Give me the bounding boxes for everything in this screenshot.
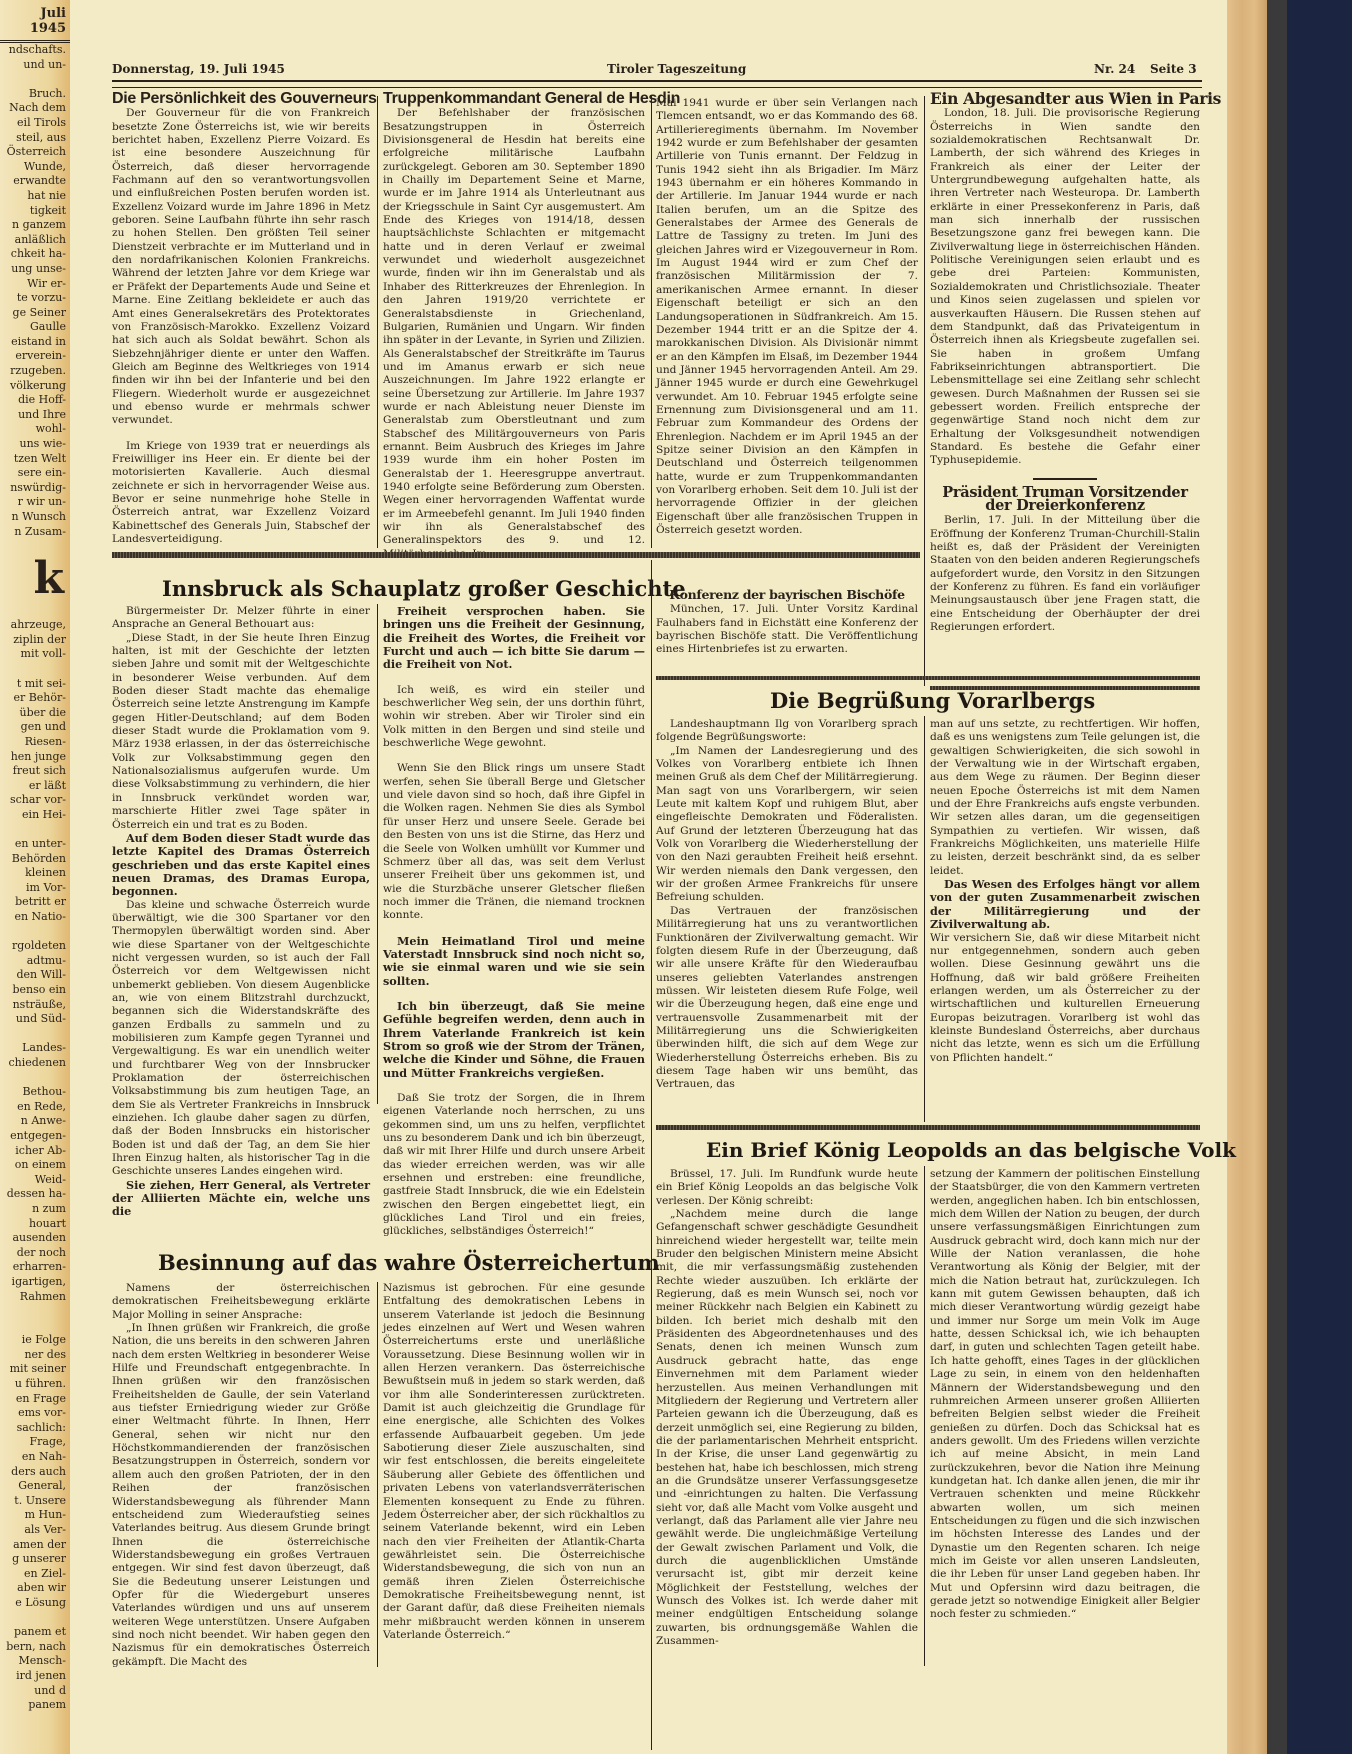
text-line	[0, 1319, 70, 1334]
paragraph: Freiheit versprochen haben. Sie bringen …	[383, 605, 645, 672]
text-line: n zum	[0, 1202, 70, 1217]
text-line: chkeit ha-	[0, 247, 70, 262]
text-line: e Lösung	[0, 1596, 70, 1611]
text-line: ems vor-	[0, 1406, 70, 1421]
section-rule	[656, 1125, 1200, 1130]
text-line: Rahmen	[0, 1290, 70, 1305]
article-innsbruck-col1: Bürgermeister Dr. Melzer führte in einer…	[112, 605, 370, 1219]
article-wien-paris: Ein Abgesandter aus Wien in Paris London…	[930, 92, 1200, 634]
text-line	[0, 925, 70, 940]
paragraph: Nazismus ist gebrochen. Für eine gesunde…	[383, 1282, 645, 1642]
text-line: Gaulle	[0, 320, 70, 335]
text-line: hat nie	[0, 189, 70, 204]
column-rule	[377, 1282, 378, 1667]
text-line: eistand in	[0, 335, 70, 350]
page-stack-edge	[1225, 0, 1267, 1754]
text-line: t mit sei-	[0, 677, 70, 692]
paragraph: Namens der österreichischen demokratisch…	[112, 1282, 370, 1322]
paragraph: Das Vertrauen der französischen Militärr…	[656, 905, 918, 1092]
paragraph: Das kleine und schwache Österreich wurde…	[112, 899, 370, 1179]
text-line: amen der	[0, 1538, 70, 1553]
article-vorarlberg-col1: Landeshauptmann Ilg von Vorarlberg sprac…	[656, 718, 918, 1092]
masthead: Donnerstag, 19. Juli 1945 Tiroler Tagesz…	[112, 62, 1202, 80]
paragraph: „Diese Stadt, in der Sie heute Ihren Ein…	[112, 632, 370, 832]
text-line: ge Seiner	[0, 306, 70, 321]
text-line: ziplin der	[0, 633, 70, 648]
column-rule	[924, 716, 925, 1122]
text-line: g unserer	[0, 1552, 70, 1567]
previous-page-headline-fragment: k	[0, 553, 70, 604]
text-line	[0, 1027, 70, 1042]
text-line: tigkeit	[0, 204, 70, 219]
article-hesdin-continued: Mai 1941 wurde er über sein Verlangen na…	[656, 97, 918, 537]
paragraph: Ich weiß, es wird ein steiler und beschw…	[383, 684, 645, 751]
text-line: icher Ab-	[0, 1144, 70, 1159]
text-line: ders auch	[0, 1465, 70, 1480]
headline-leopold: Ein Brief König Leopolds an das belgisch…	[706, 1138, 1236, 1162]
text-line: hen junge	[0, 750, 70, 765]
article-gouverneur: Die Persönlichkeit des Gouverneurs Der G…	[112, 92, 370, 546]
book-spine-hinge	[1265, 0, 1287, 1754]
paragraph: Wenn Sie den Blick rings um unsere Stadt…	[383, 762, 645, 922]
text-line: ahrzeuge,	[0, 618, 70, 633]
short-rule	[1033, 478, 1097, 480]
text-line: steil, aus	[0, 131, 70, 146]
paragraph: Brüssel, 17. Juli. Im Rundfunk wurde heu…	[656, 1168, 918, 1208]
paragraph: Landeshauptmann Ilg von Vorarlberg sprac…	[656, 718, 918, 745]
paragraph: man auf uns setzte, zu rechtfertigen. Wi…	[930, 718, 1200, 878]
text-line: Landes-	[0, 1041, 70, 1056]
headline-vorarlberg: Die Begrüßung Vorarlbergs	[770, 688, 1095, 713]
text-line: und Süd-	[0, 1012, 70, 1027]
text-line: wohl-	[0, 422, 70, 437]
text-line	[0, 823, 70, 838]
text-line: ndschafts.	[0, 43, 70, 58]
text-line: eil Tirols	[0, 116, 70, 131]
text-line: anläßlich	[0, 233, 70, 248]
article-title: der Dreierkonferenz	[930, 499, 1200, 512]
text-line: Mensch-	[0, 1654, 70, 1669]
paragraph: „Im Namen der Landesregierung und des Vo…	[656, 745, 918, 905]
text-line: aben wir	[0, 1581, 70, 1596]
issue-number: Nr. 24	[1094, 62, 1135, 76]
text-line: sere ein-	[0, 466, 70, 481]
paragraph: Daß Sie trotz der Sorgen, die in Ihrem e…	[383, 1092, 645, 1239]
text-line: und un-	[0, 58, 70, 73]
text-line: Frage,	[0, 1435, 70, 1450]
article-innsbruck-col2: Freiheit versprochen haben. Sie bringen …	[383, 605, 645, 1239]
text-line	[0, 1071, 70, 1086]
text-line: und Ihre	[0, 408, 70, 423]
text-line: en Rede,	[0, 1100, 70, 1115]
masthead-rule	[112, 80, 1202, 88]
article-oesterreichertum-col2: Nazismus ist gebrochen. Für eine gesunde…	[383, 1282, 645, 1642]
column-rule	[651, 560, 652, 1750]
text-line: panem	[0, 1698, 70, 1713]
text-line: kleinen	[0, 866, 70, 881]
text-line: als Ver-	[0, 1523, 70, 1538]
column-rule	[651, 96, 652, 548]
paragraph: Ich bin überzeugt, daß Sie meine Gefühle…	[383, 1000, 645, 1080]
paragraph: Bürgermeister Dr. Melzer führte in einer…	[112, 605, 370, 632]
previous-page-date: Juli 1945	[0, 6, 70, 43]
paragraph: „Nachdem meine durch die lange Gefangens…	[656, 1208, 918, 1648]
headline-innsbruck: Innsbruck als Schauplatz großer Geschich…	[162, 576, 686, 601]
text-line: nsträuße,	[0, 998, 70, 1013]
text-line: gen und	[0, 720, 70, 735]
text-line: n Wunsch	[0, 510, 70, 525]
text-line: ie Folge	[0, 1333, 70, 1348]
text-line: der noch	[0, 1246, 70, 1261]
text-line: und d	[0, 1684, 70, 1699]
text-line: freut sich	[0, 764, 70, 779]
text-line: betritt er	[0, 895, 70, 910]
text-line: sachlich:	[0, 1421, 70, 1436]
text-line: n Zusam-	[0, 525, 70, 540]
text-line: im Vor-	[0, 881, 70, 896]
text-line: erharren-	[0, 1260, 70, 1275]
text-line: Nach dem	[0, 101, 70, 116]
page-number: Seite 3	[1150, 62, 1197, 76]
text-line: Bethou-	[0, 1085, 70, 1100]
text-line: ung unse-	[0, 262, 70, 277]
paragraph: Mein Heimatland Tirol und meine Vatersta…	[383, 935, 645, 988]
text-line: mit voll-	[0, 647, 70, 662]
text-line: n Anwe-	[0, 1114, 70, 1129]
text-line: rzugeben.	[0, 364, 70, 379]
text-line: Wir er-	[0, 277, 70, 292]
article-bischoefe: Konferenz der bayrischen Bischöfe Münche…	[656, 588, 918, 657]
text-line: entgegen-	[0, 1129, 70, 1144]
paragraph: Wir versichern Sie, daß wir diese Mitarb…	[930, 932, 1200, 1065]
column-rule	[924, 1166, 925, 1666]
text-line: die Hoff-	[0, 393, 70, 408]
book-binding-cover	[1276, 0, 1352, 1754]
text-line: u führen.	[0, 1377, 70, 1392]
text-line	[0, 662, 70, 677]
text-line: m Hun-	[0, 1508, 70, 1523]
text-line: völkerung	[0, 379, 70, 394]
paragraph: Sie ziehen, Herr General, als Vertreter …	[112, 1179, 370, 1219]
previous-page-text-bottom: ahrzeuge,ziplin dermit voll- t mit sei-e…	[0, 618, 70, 1713]
article-vorarlberg-col2: man auf uns setzte, zu rechtfertigen. Wi…	[930, 718, 1200, 1065]
article-title: Die Persönlichkeit des Gouverneurs	[112, 92, 370, 105]
paragraph: Das Wesen des Erfolges hängt vor allem v…	[930, 878, 1200, 931]
text-line: dessen ha-	[0, 1187, 70, 1202]
text-line: benso ein	[0, 983, 70, 998]
text-line: r wir un-	[0, 495, 70, 510]
text-line	[0, 72, 70, 87]
paragraph: Im Kriege von 1939 trat er neuerdings al…	[112, 440, 370, 547]
text-line: uns wie-	[0, 437, 70, 452]
article-title: Ein Abgesandter aus Wien in Paris	[930, 92, 1200, 105]
paragraph: Berlin, 17. Juli. In der Mitteilung über…	[930, 514, 1200, 634]
article-leopold-col2: setzung der Kammern der politischen Eins…	[930, 1168, 1200, 1622]
text-line: en Natio-	[0, 910, 70, 925]
text-line: on einem	[0, 1158, 70, 1173]
text-line: igartigen,	[0, 1275, 70, 1290]
article-title: Konferenz der bayrischen Bischöfe	[656, 588, 918, 601]
text-line: n ganzem	[0, 218, 70, 233]
section-rule	[112, 552, 920, 558]
text-line: Behörden	[0, 852, 70, 867]
text-line: ausenden	[0, 1231, 70, 1246]
paragraph: Auf dem Boden dieser Stadt wurde das let…	[112, 832, 370, 899]
text-line: Österreich	[0, 145, 70, 160]
text-line: erverein-	[0, 349, 70, 364]
text-line: Wunde,	[0, 160, 70, 175]
headline-oesterreichertum: Besinnung auf das wahre Österreichertum	[158, 1250, 660, 1275]
text-line: en Nah-	[0, 1450, 70, 1465]
article-title: Truppenkommandant General de Hesdin	[383, 92, 645, 105]
text-line: ner des	[0, 1348, 70, 1363]
text-line: er Behör-	[0, 691, 70, 706]
text-line: houart	[0, 1217, 70, 1232]
column-rule	[377, 604, 378, 1104]
article-hesdin: Truppenkommandant General de Hesdin Der …	[383, 92, 645, 561]
text-line: en Frage	[0, 1392, 70, 1407]
text-line: en unter-	[0, 837, 70, 852]
text-line: bern, nach	[0, 1640, 70, 1655]
text-line: General,	[0, 1479, 70, 1494]
paragraph: setzung der Kammern der politischen Eins…	[930, 1168, 1200, 1622]
text-line: über die	[0, 706, 70, 721]
section-rule	[656, 676, 1200, 680]
text-line	[0, 1304, 70, 1319]
text-line: er läßt	[0, 779, 70, 794]
text-line: ird jenen	[0, 1669, 70, 1684]
text-line: rgoldeten	[0, 939, 70, 954]
issue-date: Donnerstag, 19. Juli 1945	[112, 62, 285, 76]
text-line: mit seiner	[0, 1362, 70, 1377]
article-oesterreichertum-col1: Namens der österreichischen demokratisch…	[112, 1282, 370, 1669]
text-line: Bruch.	[0, 87, 70, 102]
text-line	[0, 1611, 70, 1626]
text-line: tzen Welt	[0, 452, 70, 467]
text-line: erwandte	[0, 174, 70, 189]
newspaper-name: Tiroler Tageszeitung	[607, 62, 746, 76]
column-rule	[924, 96, 925, 686]
paragraph: München, 17. Juli. Unter Vorsitz Kardina…	[656, 603, 918, 656]
paragraph: London, 18. Juli. Die provisorische Regi…	[930, 107, 1200, 467]
text-line: chiedenen	[0, 1056, 70, 1071]
text-line: te vorzu-	[0, 291, 70, 306]
text-line: t. Unsere	[0, 1494, 70, 1509]
paragraph: „In Ihnen grüßen wir Frankreich, die gro…	[112, 1322, 370, 1669]
text-line: Weid-	[0, 1173, 70, 1188]
text-line: en Ziel-	[0, 1567, 70, 1582]
previous-page-text-top: ndschafts.und un- Bruch.Nach demeil Tiro…	[0, 43, 70, 539]
previous-page-margin: Juli 1945 ndschafts.und un- Bruch.Nach d…	[0, 0, 70, 1754]
text-line: Riesen-	[0, 735, 70, 750]
text-line: nswürdig-	[0, 481, 70, 496]
paragraph: Der Gouverneur für die von Frankreich be…	[112, 107, 370, 427]
text-line: ein Hei-	[0, 808, 70, 823]
text-line: schar vor-	[0, 793, 70, 808]
text-line: den Will-	[0, 968, 70, 983]
paragraph: Der Befehlshaber der französischen Besat…	[383, 107, 645, 561]
column-rule	[377, 96, 378, 548]
text-line: adtmu-	[0, 954, 70, 969]
text-line: panem et	[0, 1625, 70, 1640]
paragraph: Mai 1941 wurde er über sein Verlangen na…	[656, 97, 918, 537]
article-leopold-col1: Brüssel, 17. Juli. Im Rundfunk wurde heu…	[656, 1168, 918, 1648]
